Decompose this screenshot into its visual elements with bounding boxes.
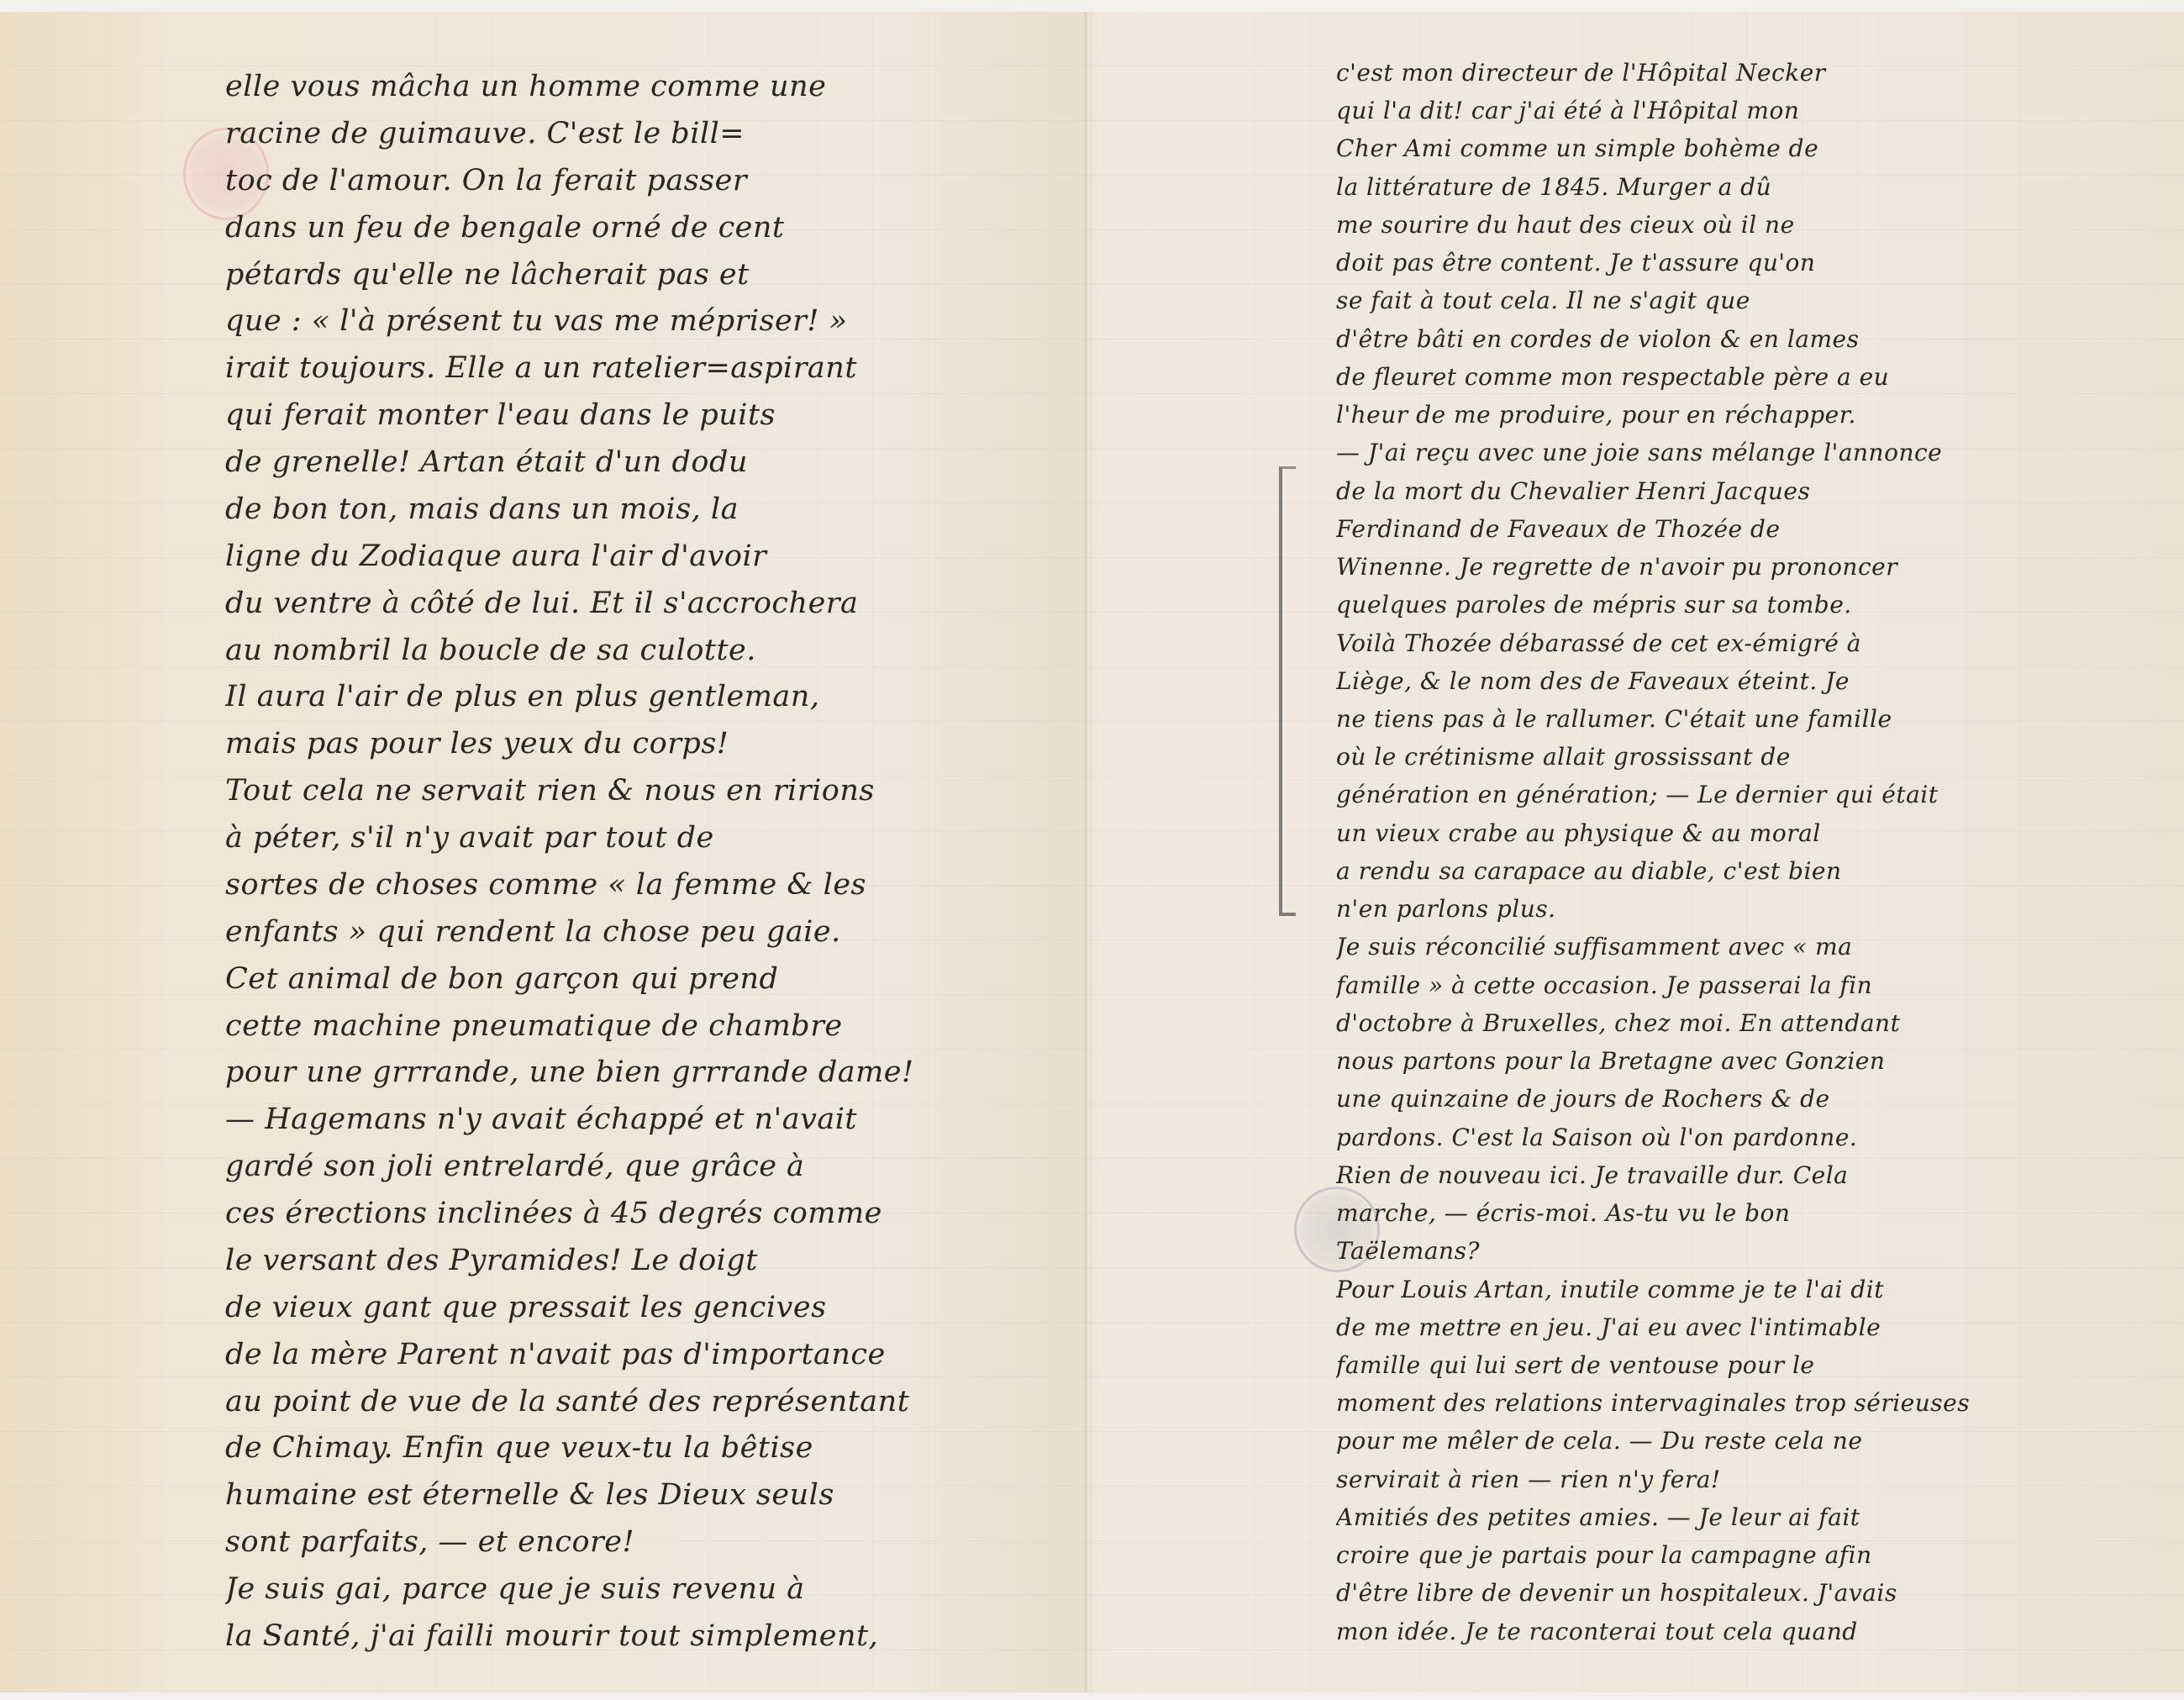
- left-page-line: irait toujours. Elle a un ratelier=aspir…: [225, 345, 1082, 392]
- left-page: elle vous mâcha un homme comme uneracine…: [0, 12, 1084, 1692]
- right-page-line: une quinzaine de jours de Rochers & de: [1336, 1080, 2176, 1118]
- left-page-line: de la mère Parent n'avait pas d'importan…: [225, 1332, 1082, 1379]
- left-page-line: Il aura l'air de plus en plus gentleman,: [225, 674, 1082, 721]
- left-page-line: que : « l'à présent tu vas me mépriser! …: [225, 298, 1082, 345]
- right-page-line: croire que je partais pour la campagne a…: [1336, 1536, 2176, 1574]
- right-page-line: servirait à rien — rien n'y fera!: [1336, 1461, 2176, 1498]
- left-page-line: pour une grrrande, une bien grrrande dam…: [225, 1050, 1082, 1097]
- right-page-line: où le crétinisme allait grossissant de: [1336, 738, 2176, 776]
- right-page-line: quelques paroles de mépris sur sa tombe.: [1336, 586, 2176, 624]
- left-page-line: ces érections inclinées à 45 degrés comm…: [225, 1191, 1082, 1238]
- left-page-line: — Hagemans n'y avait échappé et n'avait: [225, 1097, 1082, 1144]
- left-page-line: dans un feu de bengale orné de cent: [225, 205, 1082, 252]
- left-page-line: cette machine pneumatique de chambre: [225, 1003, 1082, 1050]
- right-page-line: doit pas être content. Je t'assure qu'on: [1336, 244, 2176, 282]
- left-page-line: gardé son joli entrelardé, que grâce à: [225, 1144, 1082, 1191]
- right-page-text: c'est mon directeur de l'Hôpital Neckerq…: [1336, 54, 2176, 1650]
- left-page-line: de vieux gant que pressait les gencives: [225, 1285, 1082, 1332]
- left-page-line: toc de l'amour. On la ferait passer: [225, 158, 1082, 205]
- right-page-line: génération en génération; — Le dernier q…: [1336, 776, 2176, 813]
- right-page-line: — J'ai reçu avec une joie sans mélange l…: [1336, 434, 2176, 471]
- left-page-line: sont parfaits, — et encore!: [225, 1519, 1082, 1566]
- right-page-line: a rendu sa carapace au diable, c'est bie…: [1336, 852, 2176, 890]
- right-page-line: famille qui lui sert de ventouse pour le: [1336, 1346, 2176, 1384]
- right-page-line: Je suis réconcilié suffisamment avec « m…: [1336, 928, 2176, 966]
- right-page-line: un vieux crabe au physique & au moral: [1336, 814, 2176, 852]
- right-page-line: Amitiés des petites amies. — Je leur ai …: [1336, 1498, 2176, 1536]
- left-page-line: au nombril la boucle de sa culotte.: [225, 628, 1082, 675]
- right-page-line: Winenne. Je regrette de n'avoir pu prono…: [1336, 548, 2176, 586]
- left-page-line: à péter, s'il n'y avait par tout de: [225, 815, 1082, 862]
- right-page-line: se fait à tout cela. Il ne s'agit que: [1336, 282, 2176, 319]
- right-page-line: Liège, & le nom des de Faveaux éteint. J…: [1336, 662, 2176, 700]
- right-page-line: de fleuret comme mon respectable père a …: [1336, 358, 2176, 396]
- left-page-line: Je suis gai, parce que je suis revenu à: [225, 1566, 1082, 1613]
- right-page-line: qui l'a dit! car j'ai été à l'Hôpital mo…: [1336, 92, 2176, 129]
- right-page-line: d'octobre à Bruxelles, chez moi. En atte…: [1336, 1004, 2176, 1042]
- right-page-line: Pour Louis Artan, inutile comme je te l'…: [1336, 1271, 2176, 1308]
- right-page-line: de me mettre en jeu. J'ai eu avec l'inti…: [1336, 1308, 2176, 1346]
- left-page-line: de bon ton, mais dans un mois, la: [225, 487, 1082, 534]
- left-page-line: qui ferait monter l'eau dans le puits: [225, 392, 1082, 439]
- right-page-line: me sourire du haut des cieux où il ne: [1336, 206, 2176, 244]
- right-page: c'est mon directeur de l'Hôpital Neckerq…: [1091, 12, 2184, 1692]
- right-page-line: la littérature de 1845. Murger a dû: [1336, 168, 2176, 206]
- left-page-line: le versant des Pyramides! Le doigt: [225, 1238, 1082, 1285]
- left-page-line: humaine est éternelle & les Dieux seuls: [225, 1472, 1082, 1519]
- left-page-line: du ventre à côté de lui. Et il s'accroch…: [225, 581, 1082, 628]
- center-fold: [1084, 12, 1091, 1692]
- right-page-line: marche, — écris-moi. As-tu vu le bon: [1336, 1194, 2176, 1232]
- right-page-line: pour me mêler de cela. — Du reste cela n…: [1336, 1422, 2176, 1460]
- left-page-line: elle vous mâcha un homme comme une: [225, 64, 1082, 111]
- left-page-text: elle vous mâcha un homme comme uneracine…: [225, 64, 1082, 1661]
- left-page-line: Cet animal de bon garçon qui prend: [225, 956, 1082, 1003]
- left-page-line: la Santé, j'ai failli mourir tout simple…: [225, 1613, 1082, 1661]
- right-page-line: n'en parlons plus.: [1336, 890, 2176, 928]
- left-page-line: mais pas pour les yeux du corps!: [225, 721, 1082, 768]
- right-page-line: Voilà Thozée débarassé de cet ex-émigré …: [1336, 624, 2176, 662]
- right-page-line: de la mort du Chevalier Henri Jacques: [1336, 472, 2176, 510]
- right-page-line: Ferdinand de Faveaux de Thozée de: [1336, 510, 2176, 548]
- right-page-line: Taëlemans?: [1336, 1232, 2176, 1270]
- right-page-line: Cher Ami comme un simple bohème de: [1336, 129, 2176, 167]
- right-page-line: mon idée. Je te raconterai tout cela qua…: [1336, 1613, 2176, 1650]
- left-page-line: racine de guimauve. C'est le bill=: [225, 111, 1082, 158]
- left-page-line: Tout cela ne servait rien & nous en riri…: [225, 768, 1082, 815]
- right-page-line: moment des relations intervaginales trop…: [1336, 1384, 2176, 1422]
- right-page-line: l'heur de me produire, pour en réchapper…: [1336, 396, 2176, 434]
- left-page-line: sortes de choses comme « la femme & les: [225, 862, 1082, 909]
- left-page-line: de grenelle! Artan était d'un dodu: [225, 439, 1082, 487]
- right-page-line: famille » à cette occasion. Je passerai …: [1336, 966, 2176, 1004]
- right-page-line: ne tiens pas à le rallumer. C'était une …: [1336, 700, 2176, 738]
- right-page-line: c'est mon directeur de l'Hôpital Necker: [1336, 54, 2176, 92]
- left-page-line: enfants » qui rendent la chose peu gaie.: [225, 909, 1082, 956]
- left-page-line: de Chimay. Enfin que veux-tu la bêtise: [225, 1425, 1082, 1472]
- left-page-line: ligne du Zodiaque aura l'air d'avoir: [225, 534, 1082, 581]
- right-page-line: d'être bâti en cordes de violon & en lam…: [1336, 320, 2176, 358]
- right-page-line: nous partons pour la Bretagne avec Gonzi…: [1336, 1042, 2176, 1080]
- left-page-line: pétards qu'elle ne lâcherait pas et: [225, 252, 1082, 299]
- right-page-line: Rien de nouveau ici. Je travaille dur. C…: [1336, 1156, 2176, 1194]
- left-page-line: au point de vue de la santé des représen…: [225, 1379, 1082, 1426]
- right-page-line: d'être libre de devenir un hospitaleux. …: [1336, 1574, 2176, 1612]
- right-page-line: pardons. C'est la Saison où l'on pardonn…: [1336, 1118, 2176, 1156]
